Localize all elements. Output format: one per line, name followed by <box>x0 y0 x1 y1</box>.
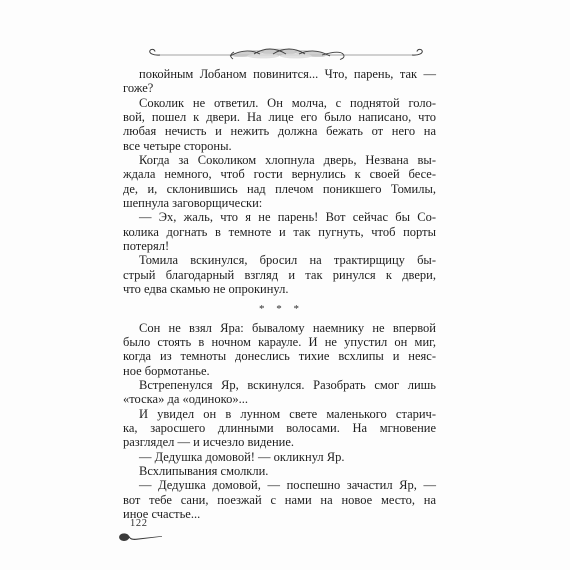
text-line: было стоять в ночном карауле. И не упуст… <box>123 335 436 349</box>
text-line: «тоска» да «одиноко»... <box>123 392 436 406</box>
text-line: Всхлипывания смолкли. <box>123 464 436 478</box>
page-number-flourish-icon <box>117 531 163 543</box>
text-line: что едва скамью не опрокинул. <box>123 282 436 296</box>
text-line: все четыре стороны. <box>123 139 436 153</box>
text-line: любая нечисть и нежить должна бежать от … <box>123 124 436 138</box>
text-line: — Эх, жаль, что я не парень! Вот сейчас … <box>123 210 436 224</box>
text-line: когда из темноты донеслись тихие всхлипы… <box>123 349 436 363</box>
text-line: ка, заросшего длинными волосами. На мгно… <box>123 421 436 435</box>
text-line: Соколик не ответил. Он молча, с поднятой… <box>123 96 436 110</box>
text-line: И увидел он в лунном свете маленького ст… <box>123 407 436 421</box>
text-line: шепнула заговорщически: <box>123 196 436 210</box>
page-text: покойным Лобаном повинится... Что, парен… <box>123 67 436 521</box>
text-line: колика догнать в темноте и так пугнуть, … <box>123 225 436 239</box>
text-line: ждала немного, чтоб гости вернулись к св… <box>123 167 436 181</box>
page-number: 122 <box>130 518 148 529</box>
text-line: покойным Лобаном повинится... Что, парен… <box>123 67 436 81</box>
text-line: гоже? <box>123 81 436 95</box>
text-line: иное счастье... <box>123 507 436 521</box>
text-line: ное бормотанье. <box>123 364 436 378</box>
text-line: вой, пошел к двери. На лице его было нап… <box>123 110 436 124</box>
text-line: стрый благодарный взгляд и так ринулся к… <box>123 268 436 282</box>
text-line: вот тебе сани, поезжай с нами на новое м… <box>123 493 436 507</box>
text-line: потерял! <box>123 239 436 253</box>
text-line: Томила вскинулся, бросил на трактирщицу … <box>123 253 436 267</box>
text-line: Встрепенулся Яр, вскинулся. Разобрать см… <box>123 378 436 392</box>
text-line: де, и, склонившись над плечом поникшего … <box>123 182 436 196</box>
text-line: Сон не взял Яра: бывалому наемнику не вп… <box>123 321 436 335</box>
text-line: разглядел — и исчезло видение. <box>123 435 436 449</box>
ornamental-divider-icon <box>146 42 426 62</box>
text-line: Когда за Соколиком хлопнула дверь, Незва… <box>123 153 436 167</box>
section-separator: * * * <box>123 297 436 321</box>
text-line: — Дедушка домовой, — поспешно зачастил Я… <box>123 478 436 492</box>
text-line: — Дедушка домовой! — окликнул Яр. <box>123 450 436 464</box>
book-page: покойным Лобаном повинится... Что, парен… <box>0 0 570 570</box>
